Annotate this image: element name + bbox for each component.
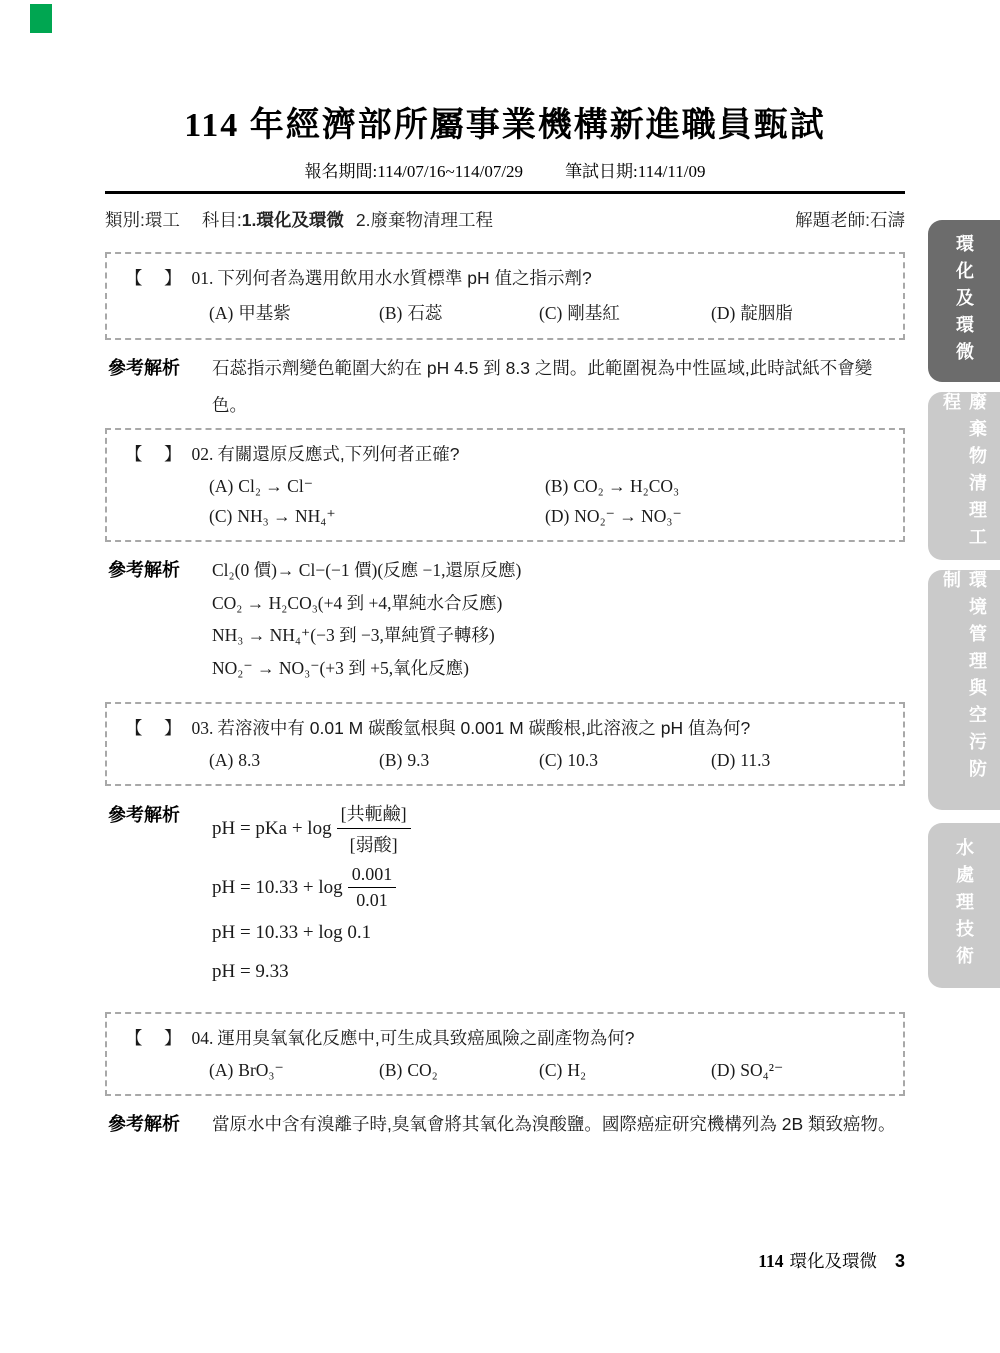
analysis-line: NO₂⁻ → NO₃⁻(+3 到 +5,氧化反應) [212, 652, 905, 685]
sidebar-tab-label: 廢棄物清理工程 [938, 392, 990, 560]
option-text: NH₃ → NH₄⁺ [237, 506, 335, 526]
analysis-line: Cl₂(0 價)→ Cl−(−1 價)(反應 −1,還原反應) [212, 554, 905, 587]
options-row: (A)8.3 (B)9.3 (C)10.3 (D)11.3 [209, 750, 889, 771]
option-b: (B)石蕊 [379, 300, 539, 325]
option-c: (C)10.3 [539, 750, 711, 771]
teacher-label: 解題老師:石濤 [795, 207, 905, 232]
footer-year: 114 [758, 1251, 783, 1271]
analysis-line: NH₃ → NH₄⁺(−3 到 −3,單純質子轉移) [212, 619, 905, 652]
formula-line-2: pH = 10.33 + log 0.001 0.01 [212, 864, 905, 911]
analysis-text: 當原水中含有溴離子時,臭氧會將其氧化為溴酸鹽。國際癌症研究機構列為 2B 類致癌… [212, 1106, 905, 1143]
question-line: 【 】02.有關還原反應式,下列何者正確? [125, 441, 889, 466]
sidebar-tab-shuichuli-jishu[interactable]: 水處理技術 [928, 823, 1000, 988]
question-number: 01. [192, 268, 214, 288]
option-d: (D)SO₄²⁻ [711, 1060, 889, 1081]
option-label: (A) [209, 750, 233, 770]
option-label: (A) [209, 303, 233, 323]
option-a: (A)甲基紫 [209, 300, 379, 325]
sidebar-tab-label: 環化及環微 [951, 234, 977, 369]
fraction-denominator: [弱酸] [337, 829, 411, 857]
question-number: 03. [192, 718, 214, 738]
fraction: 0.001 0.01 [348, 864, 397, 911]
answer-bracket: 【 】 [125, 444, 184, 464]
analysis-block-01: 參考解析 石蕊指示劑變色範圍大約在 pH 4.5 到 8.3 之間。此範圍視為中… [108, 350, 905, 424]
option-a: (A)Cl₂ → Cl⁻ [209, 476, 545, 497]
question-box-03: 【 】03.若溶液中有 0.01 M 碳酸氫根與 0.001 M 碳酸根,此溶液… [105, 702, 905, 786]
footer-subject: 環化及環微 [789, 1251, 877, 1271]
option-c: (C)H₂ [539, 1060, 711, 1081]
option-d: (D)靛胭脂 [711, 300, 889, 325]
analysis-label: 參考解析 [108, 800, 200, 996]
formula-prefix: pH = pKa + log [212, 818, 332, 840]
sidebar-tab-huanhua-huanwei[interactable]: 環化及環微 [928, 220, 1000, 382]
analysis-block-03: 參考解析 pH = pKa + log [共軛鹼] [弱酸] pH = 10.3… [108, 800, 905, 996]
option-text: CO₂ → H₂CO₃ [573, 476, 679, 496]
page-content: 114 年經濟部所屬事業機構新進職員甄試 報名期間:114/07/16~114/… [105, 0, 905, 1143]
options-row: (A)BrO₃⁻ (B)CO₂ (C)H₂ (D)SO₄²⁻ [209, 1060, 889, 1081]
option-text: 甲基紫 [238, 303, 291, 323]
page-title: 114 年經濟部所屬事業機構新進職員甄試 [105, 0, 905, 148]
option-c: (C)NH₃ → NH₄⁺ [209, 506, 545, 527]
option-label: (D) [711, 750, 735, 770]
option-label: (D) [711, 1060, 735, 1080]
analysis-label: 參考解析 [108, 554, 200, 684]
subject-2: 2.廢棄物清理工程 [356, 210, 493, 230]
option-text: 11.3 [740, 750, 770, 770]
option-label: (B) [379, 750, 402, 770]
option-label: (A) [209, 1060, 233, 1080]
analysis-block-04: 參考解析 當原水中含有溴離子時,臭氧會將其氧化為溴酸鹽。國際癌症研究機構列為 2… [108, 1106, 905, 1143]
analysis-label: 參考解析 [108, 350, 200, 424]
option-label: (C) [539, 303, 562, 323]
fraction-numerator: [共軛鹼] [337, 800, 411, 829]
analysis-block-02: 參考解析 Cl₂(0 價)→ Cl−(−1 價)(反應 −1,還原反應) CO₂… [108, 554, 905, 684]
option-a: (A)BrO₃⁻ [209, 1060, 379, 1081]
option-c: (C)剛基紅 [539, 300, 711, 325]
footer-page-number: 3 [895, 1251, 905, 1271]
option-text: 10.3 [567, 750, 598, 770]
sidebar-tab-feiqiwu-qingli[interactable]: 廢棄物清理工程 [928, 392, 1000, 560]
option-label: (B) [379, 1060, 402, 1080]
question-box-04: 【 】04.運用臭氧氧化反應中,可生成具致癌風險之副產物為何? (A)BrO₃⁻… [105, 1012, 905, 1096]
sidebar-tab-label: 環境管理與空污防制 [938, 570, 990, 810]
meta-left: 類別:環工科目:1.環化及環微2.廢棄物清理工程 [105, 207, 493, 232]
question-number: 04. [192, 1028, 214, 1048]
option-label: (C) [209, 506, 232, 526]
question-text: 有關還原反應式,下列何者正確? [217, 444, 459, 464]
option-label: (B) [379, 303, 402, 323]
question-box-01: 【 】01.下列何者為選用飲用水水質標準 pH 值之指示劑? (A)甲基紫 (B… [105, 252, 905, 340]
option-text: SO₄²⁻ [740, 1060, 783, 1080]
fraction-numerator: 0.001 [348, 864, 397, 888]
meta-row: 類別:環工科目:1.環化及環微2.廢棄物清理工程 解題老師:石濤 [105, 207, 905, 232]
formula-block: pH = pKa + log [共軛鹼] [弱酸] pH = 10.33 + l… [212, 800, 905, 996]
option-text: CO₂ [407, 1060, 437, 1080]
subject-label-prefix: 科目: [202, 210, 242, 230]
option-b: (B)CO₂ [379, 1060, 539, 1081]
option-text: Cl₂ → Cl⁻ [238, 476, 313, 496]
answer-bracket: 【 】 [125, 268, 184, 288]
exam-date: 筆試日期:114/11/09 [565, 162, 705, 181]
analysis-lines: Cl₂(0 價)→ Cl−(−1 價)(反應 −1,還原反應) CO₂ → H₂… [212, 554, 905, 684]
option-text: 剛基紅 [567, 303, 620, 323]
question-line: 【 】01.下列何者為選用飲用水水質標準 pH 值之指示劑? [125, 265, 889, 290]
question-text: 若溶液中有 0.01 M 碳酸氫根與 0.001 M 碳酸根,此溶液之 pH 值… [217, 718, 750, 738]
page-footer: 114環化及環微3 [758, 1248, 905, 1273]
option-b: (B)9.3 [379, 750, 539, 771]
question-box-02: 【 】02.有關還原反應式,下列何者正確? (A)Cl₂ → Cl⁻ (B)CO… [105, 428, 905, 542]
option-text: 石蕊 [407, 303, 442, 323]
option-label: (D) [711, 303, 735, 323]
question-text: 下列何者為選用飲用水水質標準 pH 值之指示劑? [217, 268, 591, 288]
option-text: 8.3 [238, 750, 260, 770]
category-label: 類別:環工 [105, 210, 180, 230]
option-a: (A)8.3 [209, 750, 379, 771]
formula-line-4: pH = 9.33 [212, 957, 905, 987]
formula-line-3: pH = 10.33 + log 0.1 [212, 918, 905, 948]
option-label: (C) [539, 1060, 562, 1080]
option-label: (A) [209, 476, 233, 496]
question-text: 運用臭氧氧化反應中,可生成具致癌風險之副產物為何? [217, 1028, 634, 1048]
option-text: NO₂⁻ → NO₃⁻ [574, 506, 681, 526]
document-page: 114 年經濟部所屬事業機構新進職員甄試 報名期間:114/07/16~114/… [0, 0, 1000, 1353]
question-number: 02. [192, 444, 214, 464]
option-text: 靛胭脂 [740, 303, 793, 323]
option-b: (B)CO₂ → H₂CO₃ [545, 476, 889, 497]
analysis-line: CO₂ → H₂CO₃(+4 到 +4,單純水合反應) [212, 587, 905, 620]
green-corner-mark [30, 4, 52, 33]
registration-period: 報名期間:114/07/16~114/07/29 [305, 162, 524, 181]
options-row: (A)甲基紫 (B)石蕊 (C)剛基紅 (D)靛胭脂 [209, 300, 889, 325]
option-d: (D)NO₂⁻ → NO₃⁻ [545, 506, 889, 527]
option-label: (B) [545, 476, 568, 496]
fraction: [共軛鹼] [弱酸] [337, 800, 411, 857]
formula-prefix: pH = 10.33 + log [212, 877, 343, 899]
analysis-text: 石蕊指示劑變色範圍大約在 pH 4.5 到 8.3 之間。此範圍視為中性區域,此… [212, 350, 905, 424]
analysis-label: 參考解析 [108, 1106, 200, 1143]
sidebar-tab-label: 水處理技術 [951, 838, 977, 973]
options-grid: (A)Cl₂ → Cl⁻ (B)CO₂ → H₂CO₃ (C)NH₃ → NH₄… [209, 476, 889, 527]
option-d: (D)11.3 [711, 750, 889, 771]
sidebar-tab-huanjing-guanli[interactable]: 環境管理與空污防制 [928, 570, 1000, 810]
exam-dates-line: 報名期間:114/07/16~114/07/29筆試日期:114/11/09 [105, 157, 905, 182]
option-text: 9.3 [407, 750, 429, 770]
fraction-denominator: 0.01 [348, 888, 397, 911]
formula-line-1: pH = pKa + log [共軛鹼] [弱酸] [212, 800, 905, 857]
option-label: (D) [545, 506, 569, 526]
header-divider [105, 191, 905, 194]
subject-1: 1.環化及環微 [242, 210, 344, 230]
option-text: H₂ [567, 1060, 586, 1080]
answer-bracket: 【 】 [125, 1028, 184, 1048]
option-label: (C) [539, 750, 562, 770]
question-line: 【 】03.若溶液中有 0.01 M 碳酸氫根與 0.001 M 碳酸根,此溶液… [125, 715, 889, 740]
option-text: BrO₃⁻ [238, 1060, 283, 1080]
question-line: 【 】04.運用臭氧氧化反應中,可生成具致癌風險之副產物為何? [125, 1025, 889, 1050]
answer-bracket: 【 】 [125, 718, 184, 738]
